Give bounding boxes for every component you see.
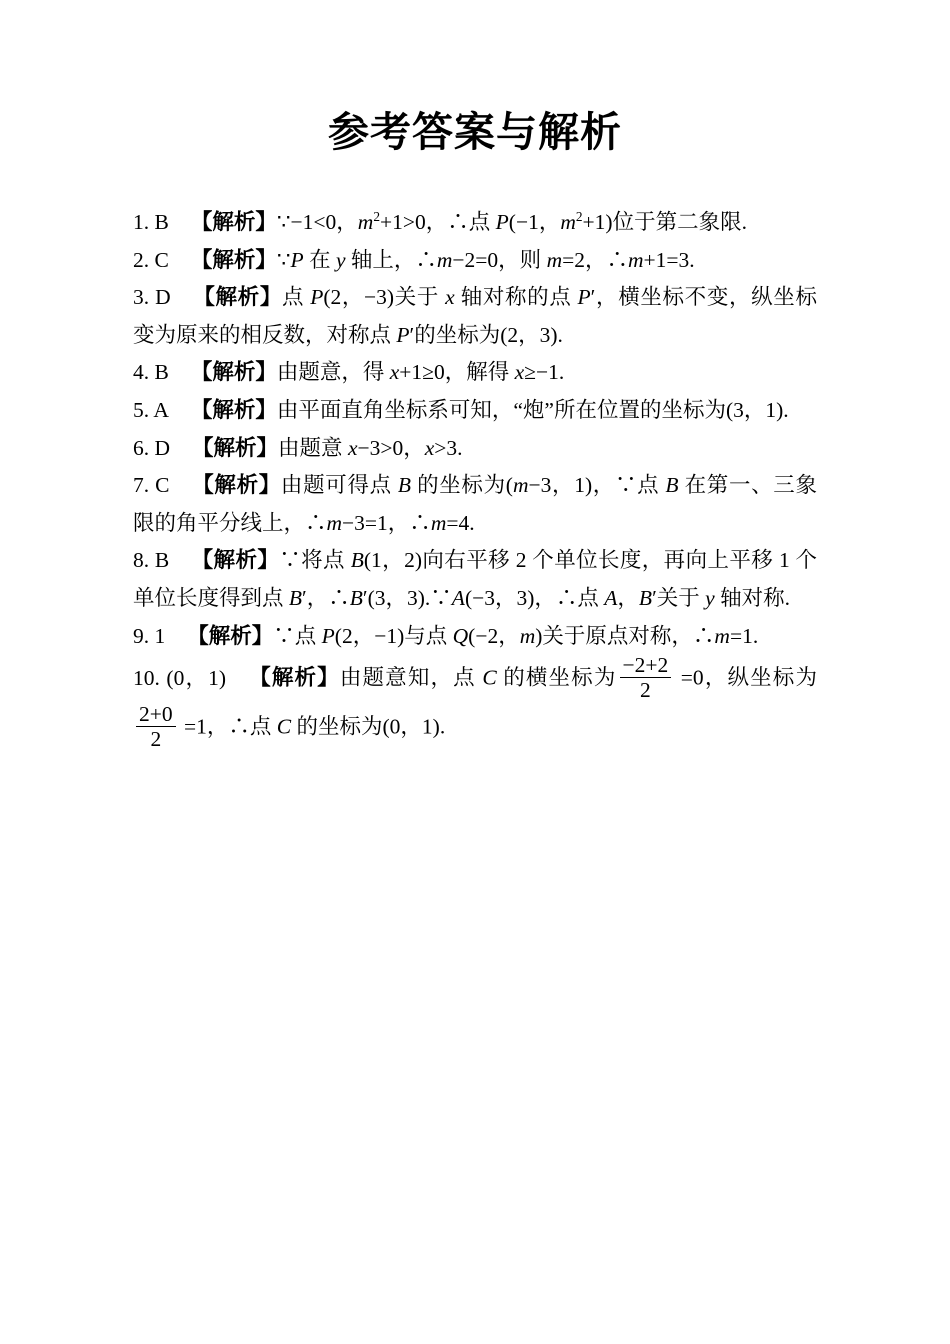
math-variable: B [665,473,678,497]
analysis-tag: 【解析】 [192,473,281,497]
math-variable: P [322,624,335,648]
text-run: −2=0，则 [452,248,546,272]
math-variable: x [425,436,435,460]
math-variable: m [358,210,374,234]
page-title: 参考答案与解析 [0,0,950,158]
answer-item: 8. B【解析】∵将点 B(1，2)向右平移 2 个单位长度，再向上平移 1 个… [133,542,817,617]
text-run: +1>0，∴点 [380,210,496,234]
answer-item: 10. (0，1)【解析】由题意知，点 C 的横坐标为−2+22 =0，纵坐标为… [133,655,817,753]
text-run: =1，∴点 [179,715,277,739]
answer-label: 6. D [133,436,170,460]
text-run: −3=1，∴ [342,511,431,535]
text-run: ′(3，3).∵ [363,586,452,610]
analysis-tag: 【解析】 [193,285,282,309]
text-run: +1)位于第二象限. [583,210,747,234]
text-run: ∵将点 [279,548,350,572]
answer-item: 3. D【解析】点 P(2，−3)关于 x 轴对称的点 P′，横坐标不变，纵坐标… [133,279,817,354]
math-variable: x [390,360,400,384]
answers-list: 1. B【解析】∵−1<0，m2+1>0，∴点 P(−1，m2+1)位于第二象限… [133,204,817,753]
math-variable: m [547,248,563,272]
answer-label: 7. C [133,473,170,497]
math-variable: y [336,248,346,272]
answer-item: 7. C【解析】由题可得点 B 的坐标为(m−3，1)，∵点 B 在第一、三象限… [133,467,817,542]
text-run: =2，∴ [562,248,628,272]
math-variable: B [639,586,652,610]
math-variable: Q [453,624,469,648]
math-variable: B [398,473,411,497]
answer-item: 6. D【解析】由题意 x−3>0，x>3. [133,430,817,468]
text-run: ∵−1<0， [277,210,358,234]
math-variable: P [310,285,323,309]
math-variable: m [437,248,453,272]
text-run: =1. [730,624,758,648]
math-variable: C [277,715,291,739]
text-run: 在 [304,248,336,272]
analysis-tag: 【解析】 [191,360,277,384]
text-run: ′关于 [652,586,705,610]
superscript: 2 [373,209,380,224]
math-variable: B [351,548,364,572]
math-variable: y [705,586,715,610]
analysis-tag: 【解析】 [187,624,273,648]
math-variable: B [289,586,302,610]
text-run: (2，−3)关于 [323,285,445,309]
text-run: 点 [282,285,310,309]
text-run: ， [617,586,639,610]
text-run: −3>0， [357,436,424,460]
math-variable: P [396,323,409,347]
math-variable: B [350,586,363,610]
answer-label: 5. A [133,398,169,422]
text-run: +1=3. [644,248,695,272]
fraction: −2+22 [620,653,672,702]
math-variable: A [604,586,617,610]
text-run: −3，1)，∵点 [528,473,665,497]
math-variable: m [628,248,644,272]
answer-item: 4. B【解析】由题意，得 x+1≥0，解得 x≥−1. [133,354,817,392]
text-run: 由题意，得 [277,360,390,384]
text-run: (−1， [509,210,561,234]
text-run: 的横坐标为 [497,666,617,690]
analysis-tag: 【解析】 [191,248,277,272]
answer-label: 4. B [133,360,169,384]
math-variable: C [482,666,496,690]
analysis-tag: 【解析】 [191,548,279,572]
text-run: (2，−1)与点 [335,624,453,648]
text-run: 轴对称. [715,586,790,610]
math-variable: m [431,511,447,535]
analysis-tag: 【解析】 [191,398,277,422]
math-variable: P [291,248,304,272]
answer-label: 1. B [133,210,169,234]
text-run: 由题可得点 [281,473,398,497]
text-run: =0，纵坐标为 [674,666,817,690]
fraction-numerator: −2+2 [620,653,672,678]
text-run: ≥−1. [524,360,564,384]
text-run: (−2， [468,624,520,648]
math-variable: P [578,285,591,309]
answer-item: 9. 1【解析】∵点 P(2，−1)与点 Q(−2，m)关于原点对称，∴m=1. [133,618,817,656]
answer-label: 8. B [133,548,169,572]
document-page: 参考答案与解析 1. B【解析】∵−1<0，m2+1>0，∴点 P(−1，m2+… [0,0,950,1344]
text-run: =4. [446,511,474,535]
math-variable: m [520,624,536,648]
text-run: 由题意知，点 [340,666,482,690]
math-variable: m [513,473,529,497]
text-run: ′，∴ [302,586,350,610]
text-run: 由平面直角坐标系可知，“炮”所在位置的坐标为(3，1). [277,398,789,422]
answer-item: 5. A【解析】由平面直角坐标系可知，“炮”所在位置的坐标为(3，1). [133,392,817,430]
text-run: 轴上，∴ [346,248,437,272]
math-variable: m [327,511,343,535]
analysis-tag: 【解析】 [191,210,277,234]
superscript: 2 [576,209,583,224]
math-variable: x [515,360,525,384]
text-run: 的坐标为( [411,473,513,497]
text-run: 由题意 [278,436,348,460]
analysis-tag: 【解析】 [248,666,340,690]
answer-item: 2. C【解析】∵P 在 y 轴上，∴m−2=0，则 m=2，∴m+1=3. [133,242,817,280]
math-variable: m [560,210,576,234]
answer-label: 3. D [133,285,171,309]
answer-label: 10. (0，1) [133,666,226,690]
text-run: (−3，3)，∴点 [465,586,604,610]
text-run: +1≥0，解得 [399,360,514,384]
text-run: ′的坐标为(2，3). [410,323,563,347]
text-run: 的坐标为(0，1). [291,715,445,739]
math-variable: m [714,624,730,648]
text-run: )关于原点对称，∴ [535,624,714,648]
answer-label: 2. C [133,248,169,272]
text-run: >3. [434,436,462,460]
answer-item: 1. B【解析】∵−1<0，m2+1>0，∴点 P(−1，m2+1)位于第二象限… [133,204,817,242]
fraction-denominator: 2 [136,727,176,751]
text-run: 轴对称的点 [455,285,578,309]
math-variable: A [452,586,465,610]
fraction-numerator: 2+0 [136,702,176,727]
math-variable: x [445,285,455,309]
fraction: 2+02 [136,702,176,751]
text-run: ∵点 [273,624,321,648]
answer-label: 9. 1 [133,624,165,648]
fraction-denominator: 2 [620,678,672,702]
text-run: ∵ [277,248,291,272]
math-variable: P [496,210,509,234]
analysis-tag: 【解析】 [192,436,278,460]
